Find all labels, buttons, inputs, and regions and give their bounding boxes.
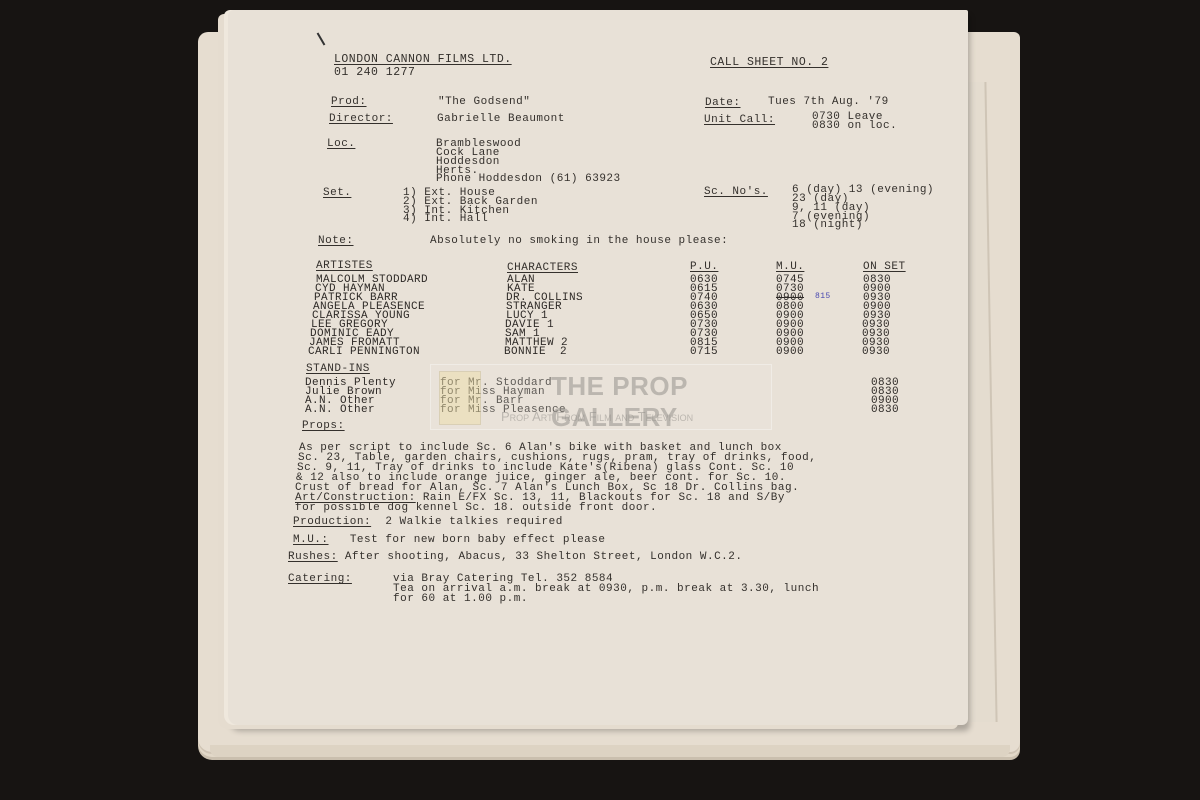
stand-in-time: 0830: [871, 405, 899, 416]
set-label: Set.: [323, 188, 351, 199]
col-header-on-set: ON SET: [863, 262, 906, 273]
mu-line: M.U.: Test for new born baby effect plea…: [293, 535, 605, 546]
watermark-subtitle: Prop Art From Film and Television: [501, 409, 693, 424]
director-value: Gabrielle Beaumont: [437, 114, 565, 125]
director-label: Director:: [329, 114, 393, 125]
production-value: 2 Walkie talkies required: [385, 516, 563, 528]
handwritten-correction: 815: [815, 291, 831, 302]
col-header-artistes: ARTISTES: [316, 261, 373, 272]
unit-call-line-2: 0830 on loc.: [812, 121, 897, 132]
note-label: Note:: [318, 236, 354, 247]
artiste-name: CARLI PENNINGTON: [308, 347, 420, 358]
col-header-pu: P.U.: [690, 262, 718, 273]
on-set-time: 0930: [862, 347, 890, 358]
catering-label: Catering:: [288, 574, 352, 585]
loc-label: Loc.: [327, 139, 355, 150]
company-name: LONDON CANNON FILMS LTD.: [334, 54, 512, 65]
art-construction-line-2: for possible dog kennel Sc. 18. outside …: [295, 503, 657, 514]
character-name: BONNIE 2: [504, 347, 567, 358]
prod-label: Prod:: [331, 97, 367, 108]
date-label: Date:: [705, 98, 741, 109]
unit-call-label: Unit Call:: [704, 115, 775, 126]
prop-gallery-watermark: THE PROP GALLERY Prop Art From Film and …: [430, 364, 772, 430]
rushes-value: After shooting, Abacus, 33 Shelton Stree…: [345, 551, 743, 563]
mu-value: Test for new born baby effect please: [350, 534, 606, 546]
date-value: Tues 7th Aug. '79: [768, 97, 889, 108]
pickup-time: 0715: [690, 347, 718, 358]
mu-label: M.U.:: [293, 534, 329, 546]
catering-line: for 60 at 1.00 p.m.: [393, 594, 528, 605]
film-reel-logo-icon: [439, 371, 481, 425]
scene-line: 18 (night): [792, 220, 863, 231]
makeup-time: 0900: [776, 347, 804, 358]
production-line: Production: 2 Walkie talkies required: [293, 517, 563, 528]
note-value: Absolutely no smoking in the house pleas…: [430, 236, 728, 247]
props-label: Props:: [302, 421, 345, 432]
rushes-line: Rushes: After shooting, Abacus, 33 Shelt…: [288, 552, 743, 563]
col-header-mu: M.U.: [776, 262, 804, 273]
prod-value: "The Godsend": [438, 97, 530, 108]
col-header-characters: CHARACTERS: [507, 263, 578, 274]
stand-in-row: A.N. Other for Miss Pleasence 0830: [0, 405, 14, 449]
company-phone: 01 240 1277: [334, 67, 415, 78]
rushes-label: Rushes:: [288, 551, 338, 563]
paper-stack-edge: [210, 745, 1010, 757]
set-item: 4) Int. Hall: [403, 214, 488, 225]
production-label: Production:: [293, 516, 371, 528]
scene-numbers-label: Sc. No's.: [704, 187, 768, 198]
stand-ins-label: STAND-INS: [306, 364, 370, 375]
stand-in-name: A.N. Other: [305, 405, 375, 416]
location-line: Phone Hoddesdon (61) 63923: [436, 174, 621, 185]
call-sheet-title: CALL SHEET NO. 2: [710, 57, 828, 68]
